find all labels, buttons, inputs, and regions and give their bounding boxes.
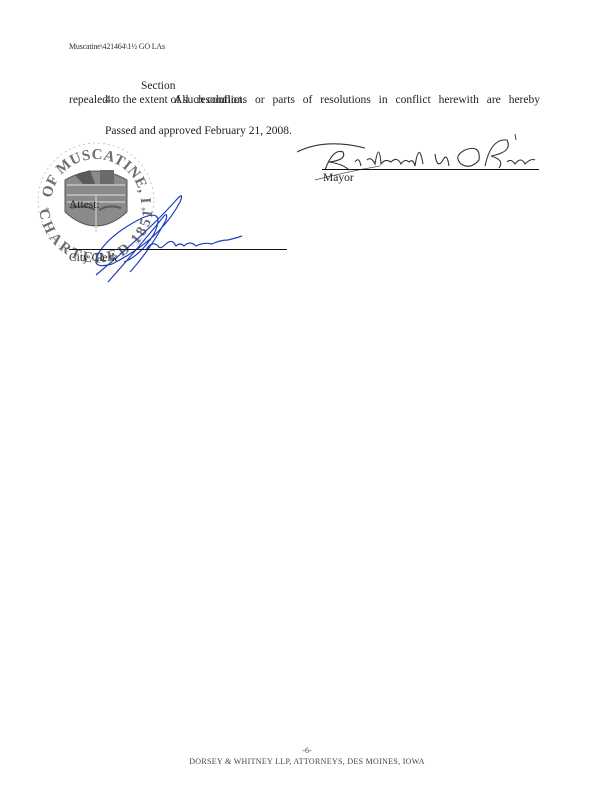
footer-firm-name: DORSEY & WHITNEY LLP, ATTORNEYS, DES MOI…: [0, 757, 614, 766]
svg-text:*: *: [45, 206, 50, 216]
clerk-title: City Clerk: [69, 252, 117, 264]
clerk-signature-line: [69, 249, 287, 250]
page-number: -6-: [0, 746, 614, 755]
passed-statement: Passed and approved February 21, 2008.: [105, 124, 292, 138]
mayor-signature-line: [322, 169, 539, 170]
file-reference: Muscatine\421464\1½ GO LAs: [69, 42, 165, 51]
section-text-line2: repealed to the extent of such conflict.: [69, 93, 245, 107]
clerk-signature: [80, 190, 250, 285]
mayor-title: Mayor: [323, 172, 354, 184]
